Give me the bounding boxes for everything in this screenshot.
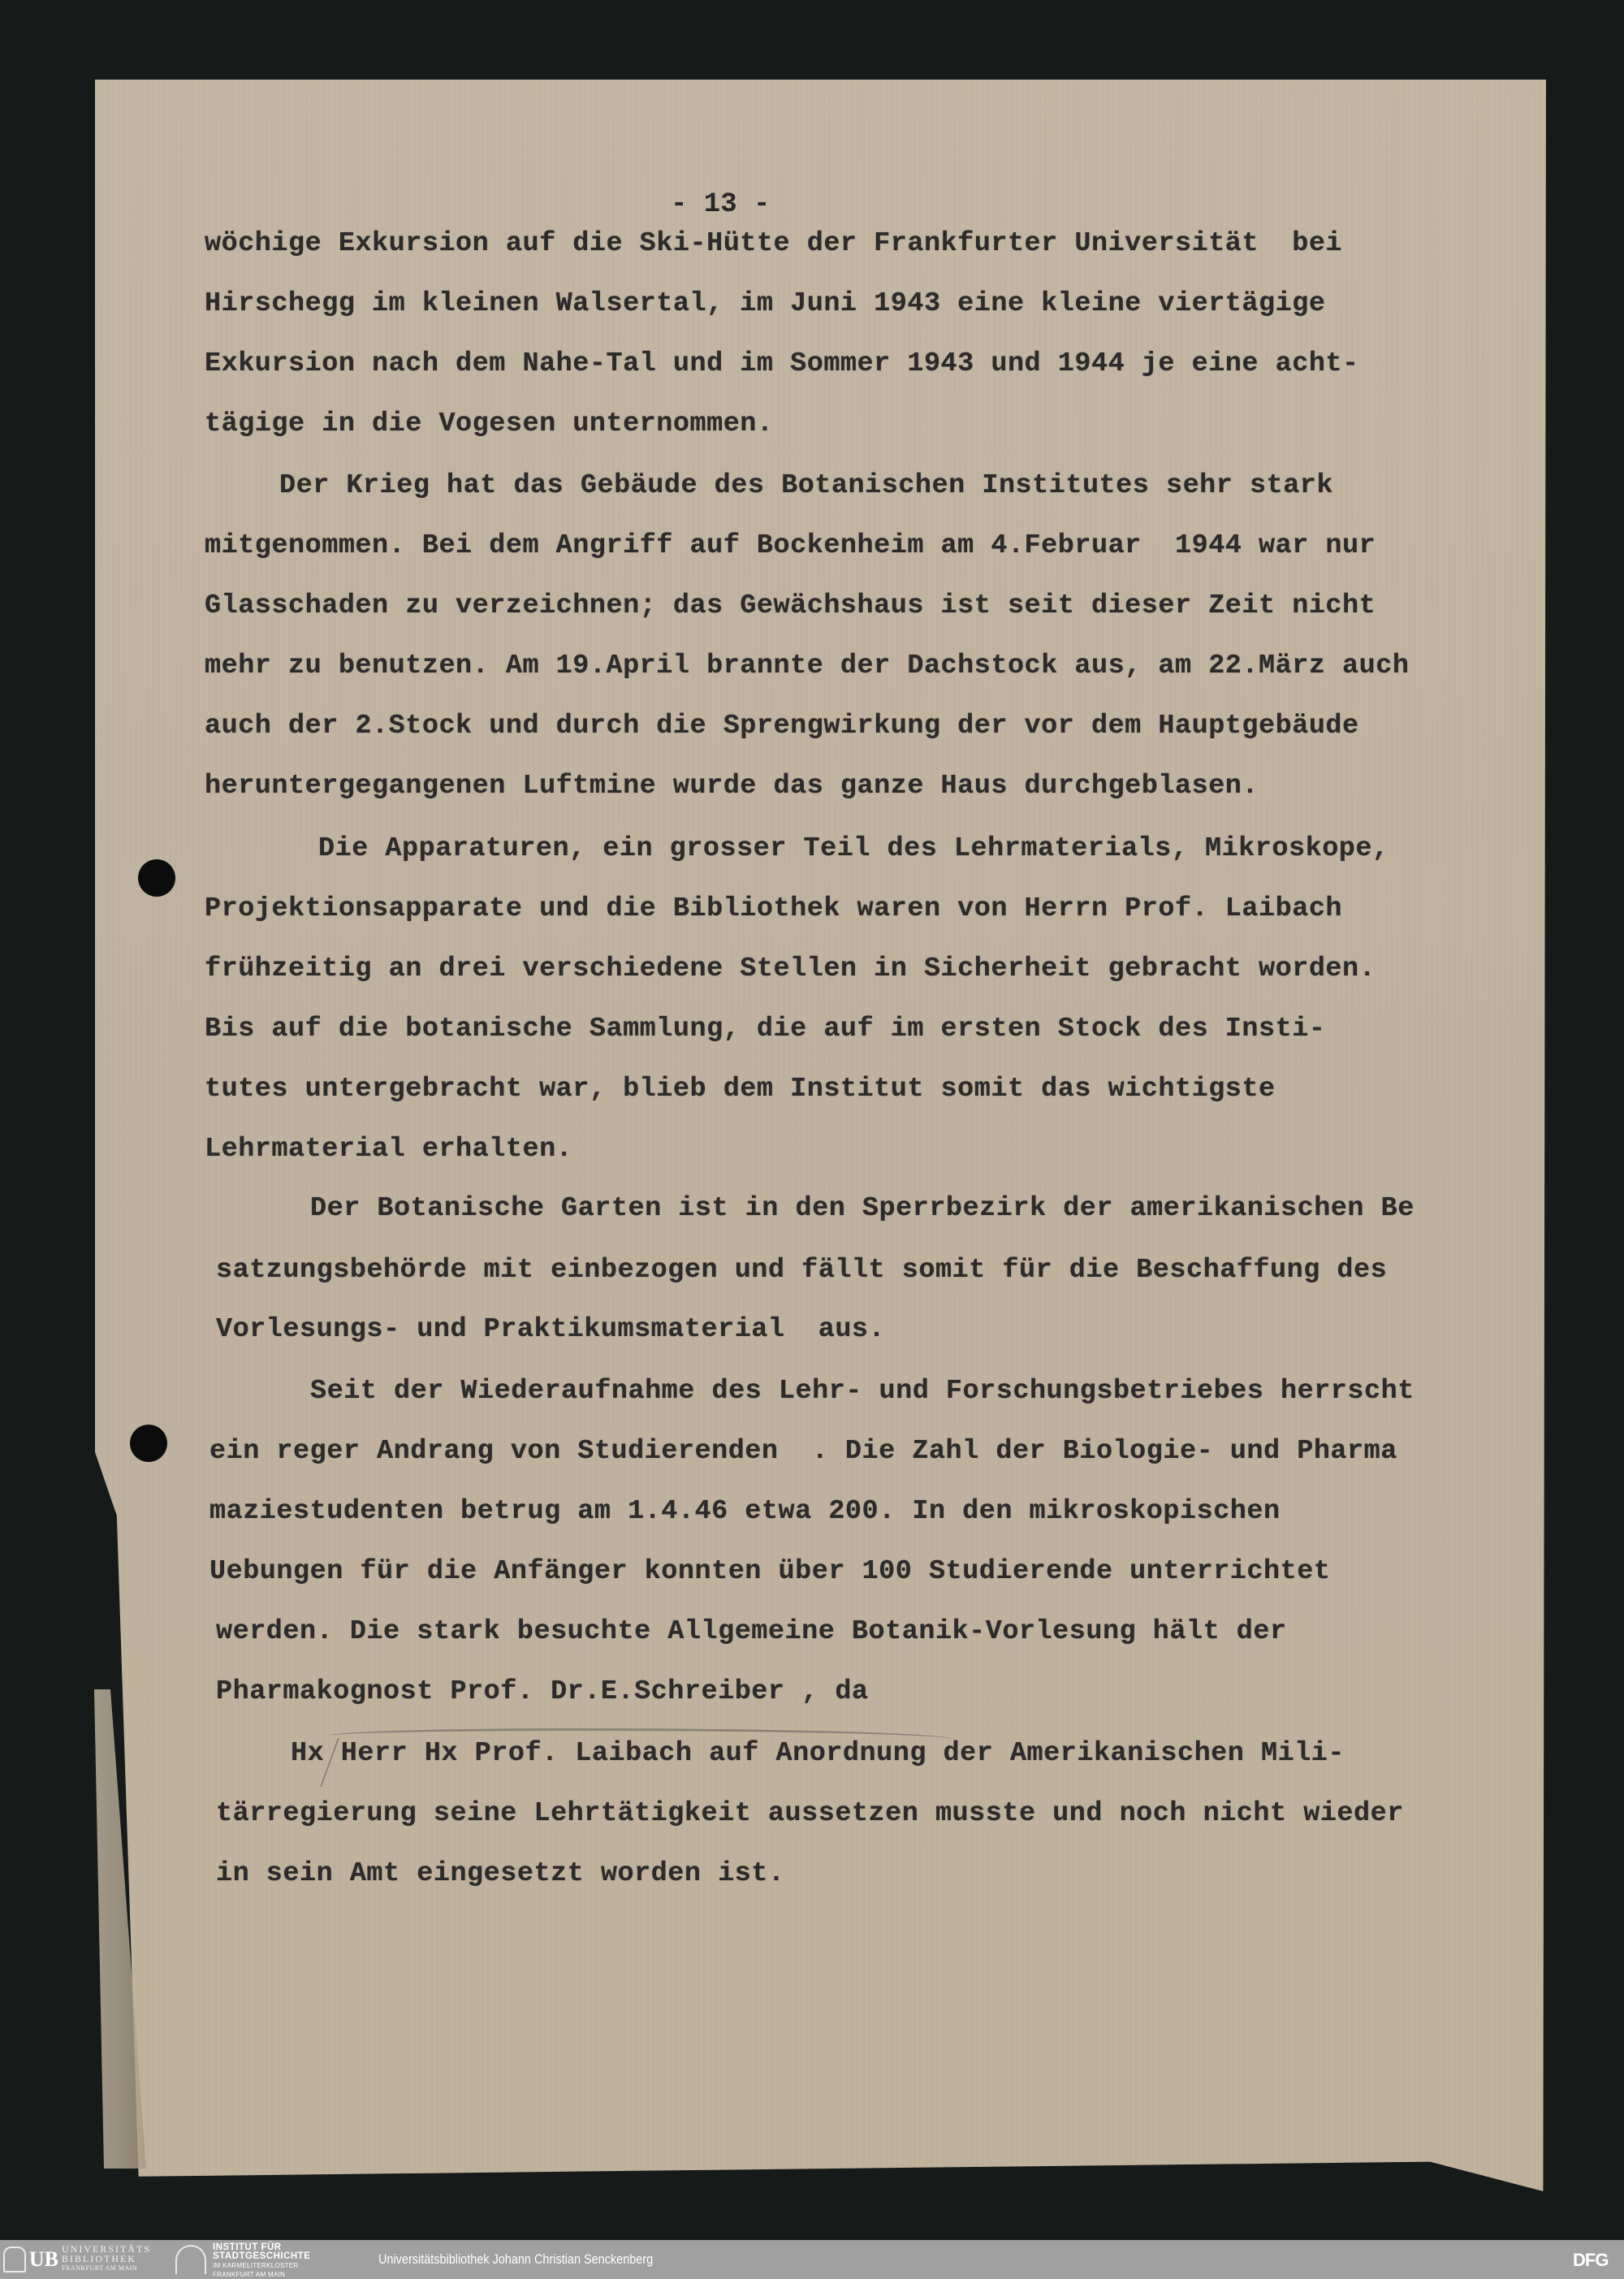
text-line: auch der 2.Stock und durch die Sprengwir… [205,711,1359,742]
text-line: tägige in die Vogesen unternommen. [205,409,774,439]
text-line: Der Botanische Garten ist in den Sperrbe… [310,1193,1415,1224]
isg-line-4: FRANKFURT AM MAIN [213,2270,310,2279]
text-line: werden. Die stark besuchte Allgemeine Bo… [216,1616,1287,1647]
text-line: wöchige Exkursion auf die Ski-Hütte der … [205,228,1342,259]
ub-line-3: FRANKFURT AM MAIN [62,2264,151,2273]
text-line: Pharmakognost Prof. Dr.E.Schreiber , da [216,1676,869,1707]
text-line: Die Apparaturen, ein grosser Teil des Le… [318,833,1389,864]
text-line: Uebungen für die Anfänger konnten über 1… [209,1556,1330,1587]
text-line: maziestudenten betrug am 1.4.46 etwa 200… [209,1496,1281,1527]
punch-hole-bottom [130,1425,167,1462]
ub-logo-text: UNIVERSITÄTS BIBLIOTHEK FRANKFURT AM MAI… [62,2244,151,2273]
text-line: in sein Amt eingesetzt worden ist. [216,1858,785,1889]
dfg-logo[interactable]: DFG [1573,2250,1608,2271]
gothic-arch-icon[interactable] [175,2245,206,2274]
footer-bar: UB UNIVERSITÄTS BIBLIOTHEK FRANKFURT AM … [0,2240,1624,2279]
text-line: Lehrmaterial erhalten. [205,1134,572,1165]
text-line: frühzeitig an drei verschiedene Stellen … [205,954,1376,984]
text-line: ein reger Andrang von Studierenden . Die… [209,1436,1397,1467]
text-line: Exkursion nach dem Nahe-Tal und im Somme… [205,348,1359,379]
text-line: tärregierung seine Lehrtätigkeit aussetz… [216,1798,1404,1829]
footer-library-title: Universitätsbibliothek Johann Christian … [378,2251,653,2268]
text-line: Glasschaden zu verzeichnen; das Gewächsh… [205,590,1376,621]
text-line: Projektionsapparate und die Bibliothek w… [205,893,1342,924]
isg-line-3: IM KARMELITERKLOSTER [213,2261,310,2270]
text-line: Der Krieg hat das Gebäude des Botanische… [279,470,1333,501]
ub-logo[interactable]: UB [3,2245,58,2274]
page-number: - 13 - [671,189,770,220]
text-line: satzungsbehörde mit einbezogen und fällt… [216,1255,1387,1286]
isg-logo-text: INSTITUT FÜR STADTGESCHICHTE IM KARMELIT… [213,2243,310,2279]
ub-logo-letters: UB [29,2247,58,2272]
text-line: Bis auf die botanische Sammlung, die auf… [205,1014,1325,1044]
isg-line-2: STADTGESCHICHTE [213,2252,310,2261]
text-line: Seit der Wiederaufnahme des Lehr- und Fo… [310,1376,1415,1407]
text-line: Vorlesungs- und Praktikumsmaterial aus. [216,1314,885,1345]
ub-line-2: BIBLIOTHEK [62,2254,151,2264]
text-line: Hirschegg im kleinen Walsertal, im Juni … [205,288,1325,319]
text-line: mehr zu benutzen. Am 19.April brannte de… [205,651,1409,681]
text-line: heruntergegangenen Luftmine wurde das ga… [205,771,1259,802]
goethe-bust-icon [3,2247,26,2273]
text-line: tutes untergebracht war, blieb dem Insti… [205,1074,1276,1105]
text-line: mitgenommen. Bei dem Angriff auf Bockenh… [205,530,1376,561]
punch-hole-top [138,859,175,897]
